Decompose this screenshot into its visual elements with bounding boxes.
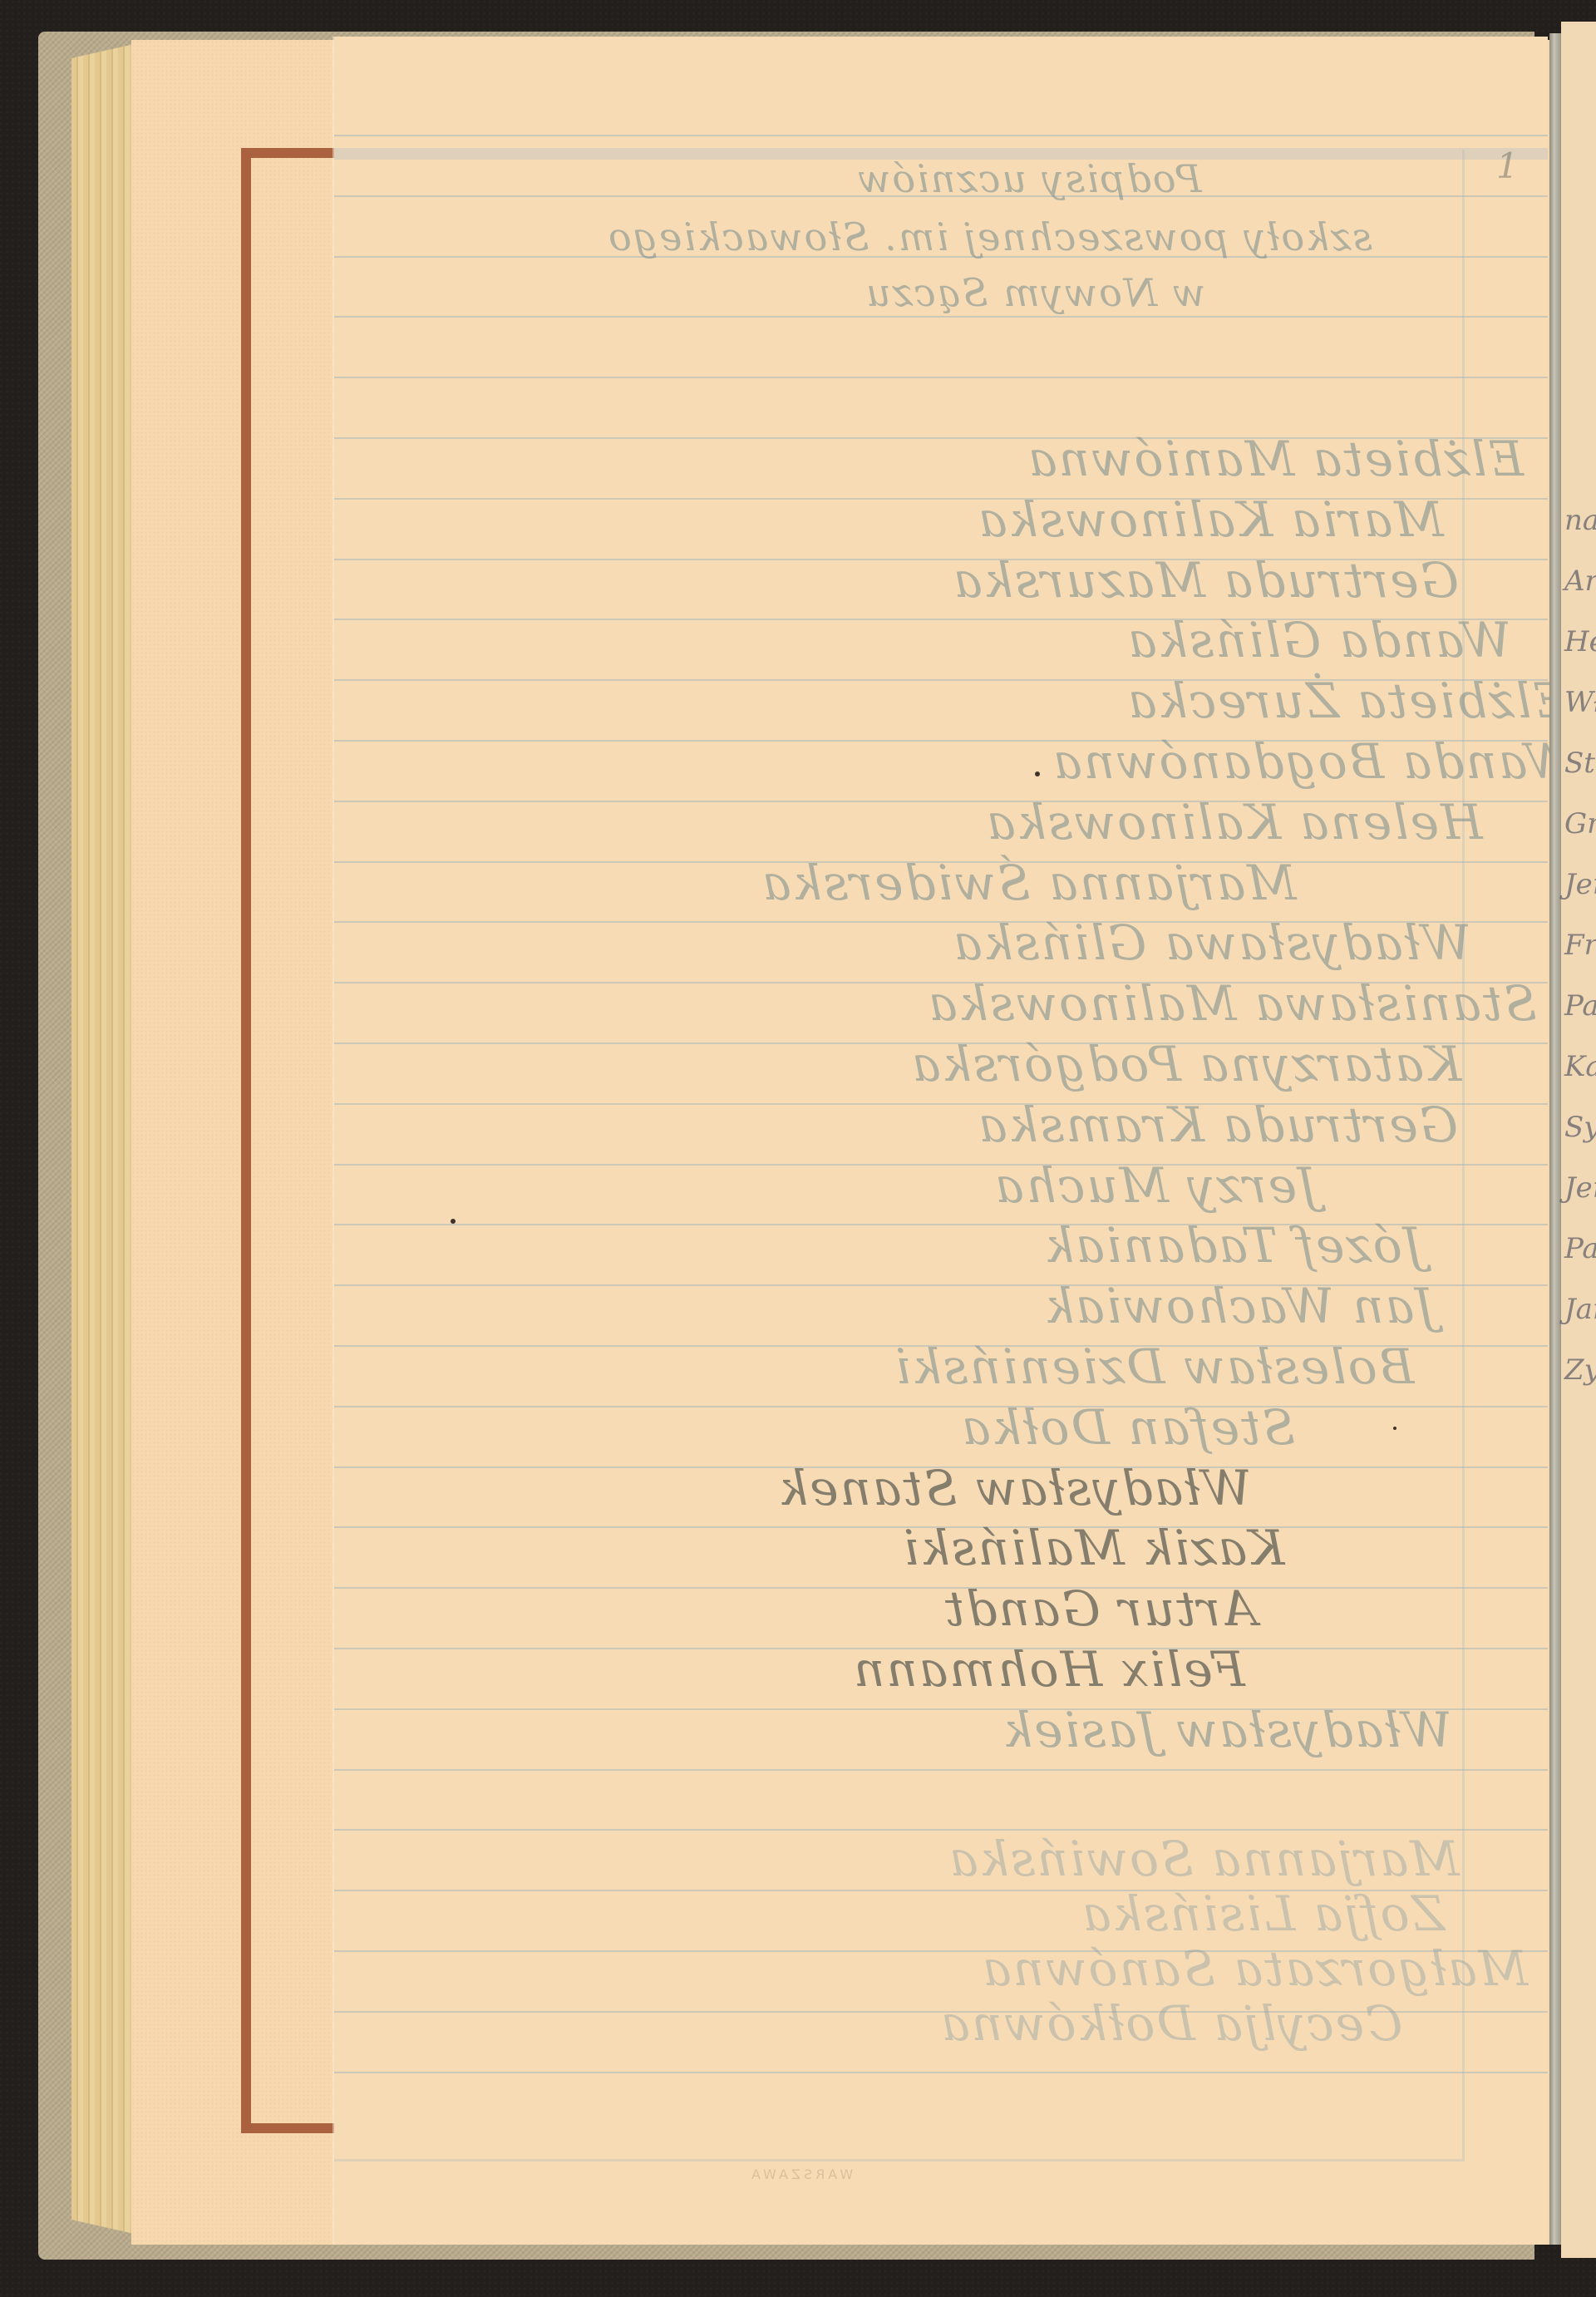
ruled-line: [334, 135, 1548, 136]
page-edges: [71, 43, 138, 2235]
signature-name: Gertruda Kramska: [977, 1097, 1458, 1153]
next-page-name-fragment: Anna: [1564, 564, 1596, 598]
ruled-line: [334, 2072, 1548, 2073]
signature-name: Katarzyna Podgórska: [910, 1036, 1461, 1092]
signature-name: Władysław Jasiek: [1002, 1702, 1452, 1758]
ruled-line: [334, 1587, 1548, 1589]
printer-imprint: WARSZAWA: [748, 2166, 853, 2182]
next-page-name-fragment: Jan: [1564, 1293, 1596, 1326]
book-gutter: [1549, 33, 1561, 2245]
next-page-name-fragment: Paweł: [1564, 989, 1596, 1023]
next-page-name-fragment: Franci: [1564, 929, 1596, 962]
signature-name: Kazik Maliński: [902, 1520, 1284, 1576]
ruled-line: [334, 316, 1548, 318]
next-page-name-fragment: Grażyn: [1564, 807, 1596, 840]
ink-speck: [1035, 771, 1040, 776]
next-page-name-fragment: Stanisł: [1564, 747, 1596, 780]
signature-name: Zofja Lisińska: [1081, 1885, 1445, 1942]
signature-name: Helena Kalinowska: [985, 794, 1483, 850]
ruled-line: [334, 1406, 1548, 1407]
next-page-name-fragment: Jerzy: [1564, 868, 1596, 901]
signature-name: Cecylja Dołkówna: [939, 1995, 1402, 2052]
signature-name: Stanisława Malinowska: [927, 975, 1537, 1032]
signature-name: Stefan Dołka: [960, 1399, 1295, 1456]
next-page-name-fragment: Władys: [1564, 686, 1596, 719]
next-page-name-fragment: na M: [1564, 504, 1596, 537]
next-page-name-fragment: Helena: [1564, 625, 1596, 658]
signature-name: Marjanna Świderska: [761, 855, 1297, 911]
ruled-line: [334, 1164, 1548, 1166]
signature-name: Felix Hohmann: [852, 1641, 1245, 1698]
signature-name: Elżbieta Maniówna: [1027, 431, 1524, 487]
signature-name: Władysław Stanek: [777, 1460, 1252, 1516]
next-page-name-fragment: Paweł: [1564, 1232, 1596, 1265]
signature-name: Maria Kalinowska: [977, 491, 1444, 548]
ruled-line: [334, 1769, 1548, 1771]
ink-speck: [1393, 1427, 1396, 1430]
next-page-edge: na MAnnaHelenaWładysStanisłGrażynJerzyFr…: [1561, 22, 1596, 2258]
next-page-name-fragment: Kazim: [1564, 1050, 1596, 1083]
header-line-1: Podpisy uczniów: [856, 156, 1202, 201]
signature-name: Artur Gandt: [943, 1580, 1257, 1637]
signature-name: Jerzy Mucha: [993, 1157, 1318, 1214]
signature-name: Władysława Glińska: [952, 914, 1471, 971]
signature-name: Wanda Glińska: [1126, 612, 1511, 668]
ruled-line: [334, 377, 1548, 378]
next-page-name-fragment: Zygmu: [1564, 1353, 1596, 1387]
signature-name: Bolesław Dzieniński: [894, 1338, 1414, 1395]
signature-name: Marjanna Sowińska: [948, 1831, 1460, 1887]
signature-name: Józef Tadaniak: [1043, 1217, 1423, 1274]
signature-name: Małgorzata Sanówna: [981, 1940, 1528, 1997]
ink-speck: [451, 1219, 456, 1224]
signature-name: Wanda Bogdanówna: [1052, 733, 1574, 790]
next-page-name-fragment: Jerzy: [1564, 1171, 1596, 1205]
next-page-name-fragment: Sylwes: [1564, 1111, 1596, 1144]
signature-name: Jan Wachowiak: [1043, 1278, 1435, 1334]
signature-name: Elżbieta Żurecka: [1126, 673, 1569, 729]
header-line-3: w Nowym Sączu: [864, 270, 1205, 315]
header-line-2: szkoły powszechnej im. Słowackiego: [607, 214, 1372, 259]
signature-name: Gertruda Mazurska: [952, 552, 1459, 609]
corner-mark: 1: [1496, 145, 1519, 186]
